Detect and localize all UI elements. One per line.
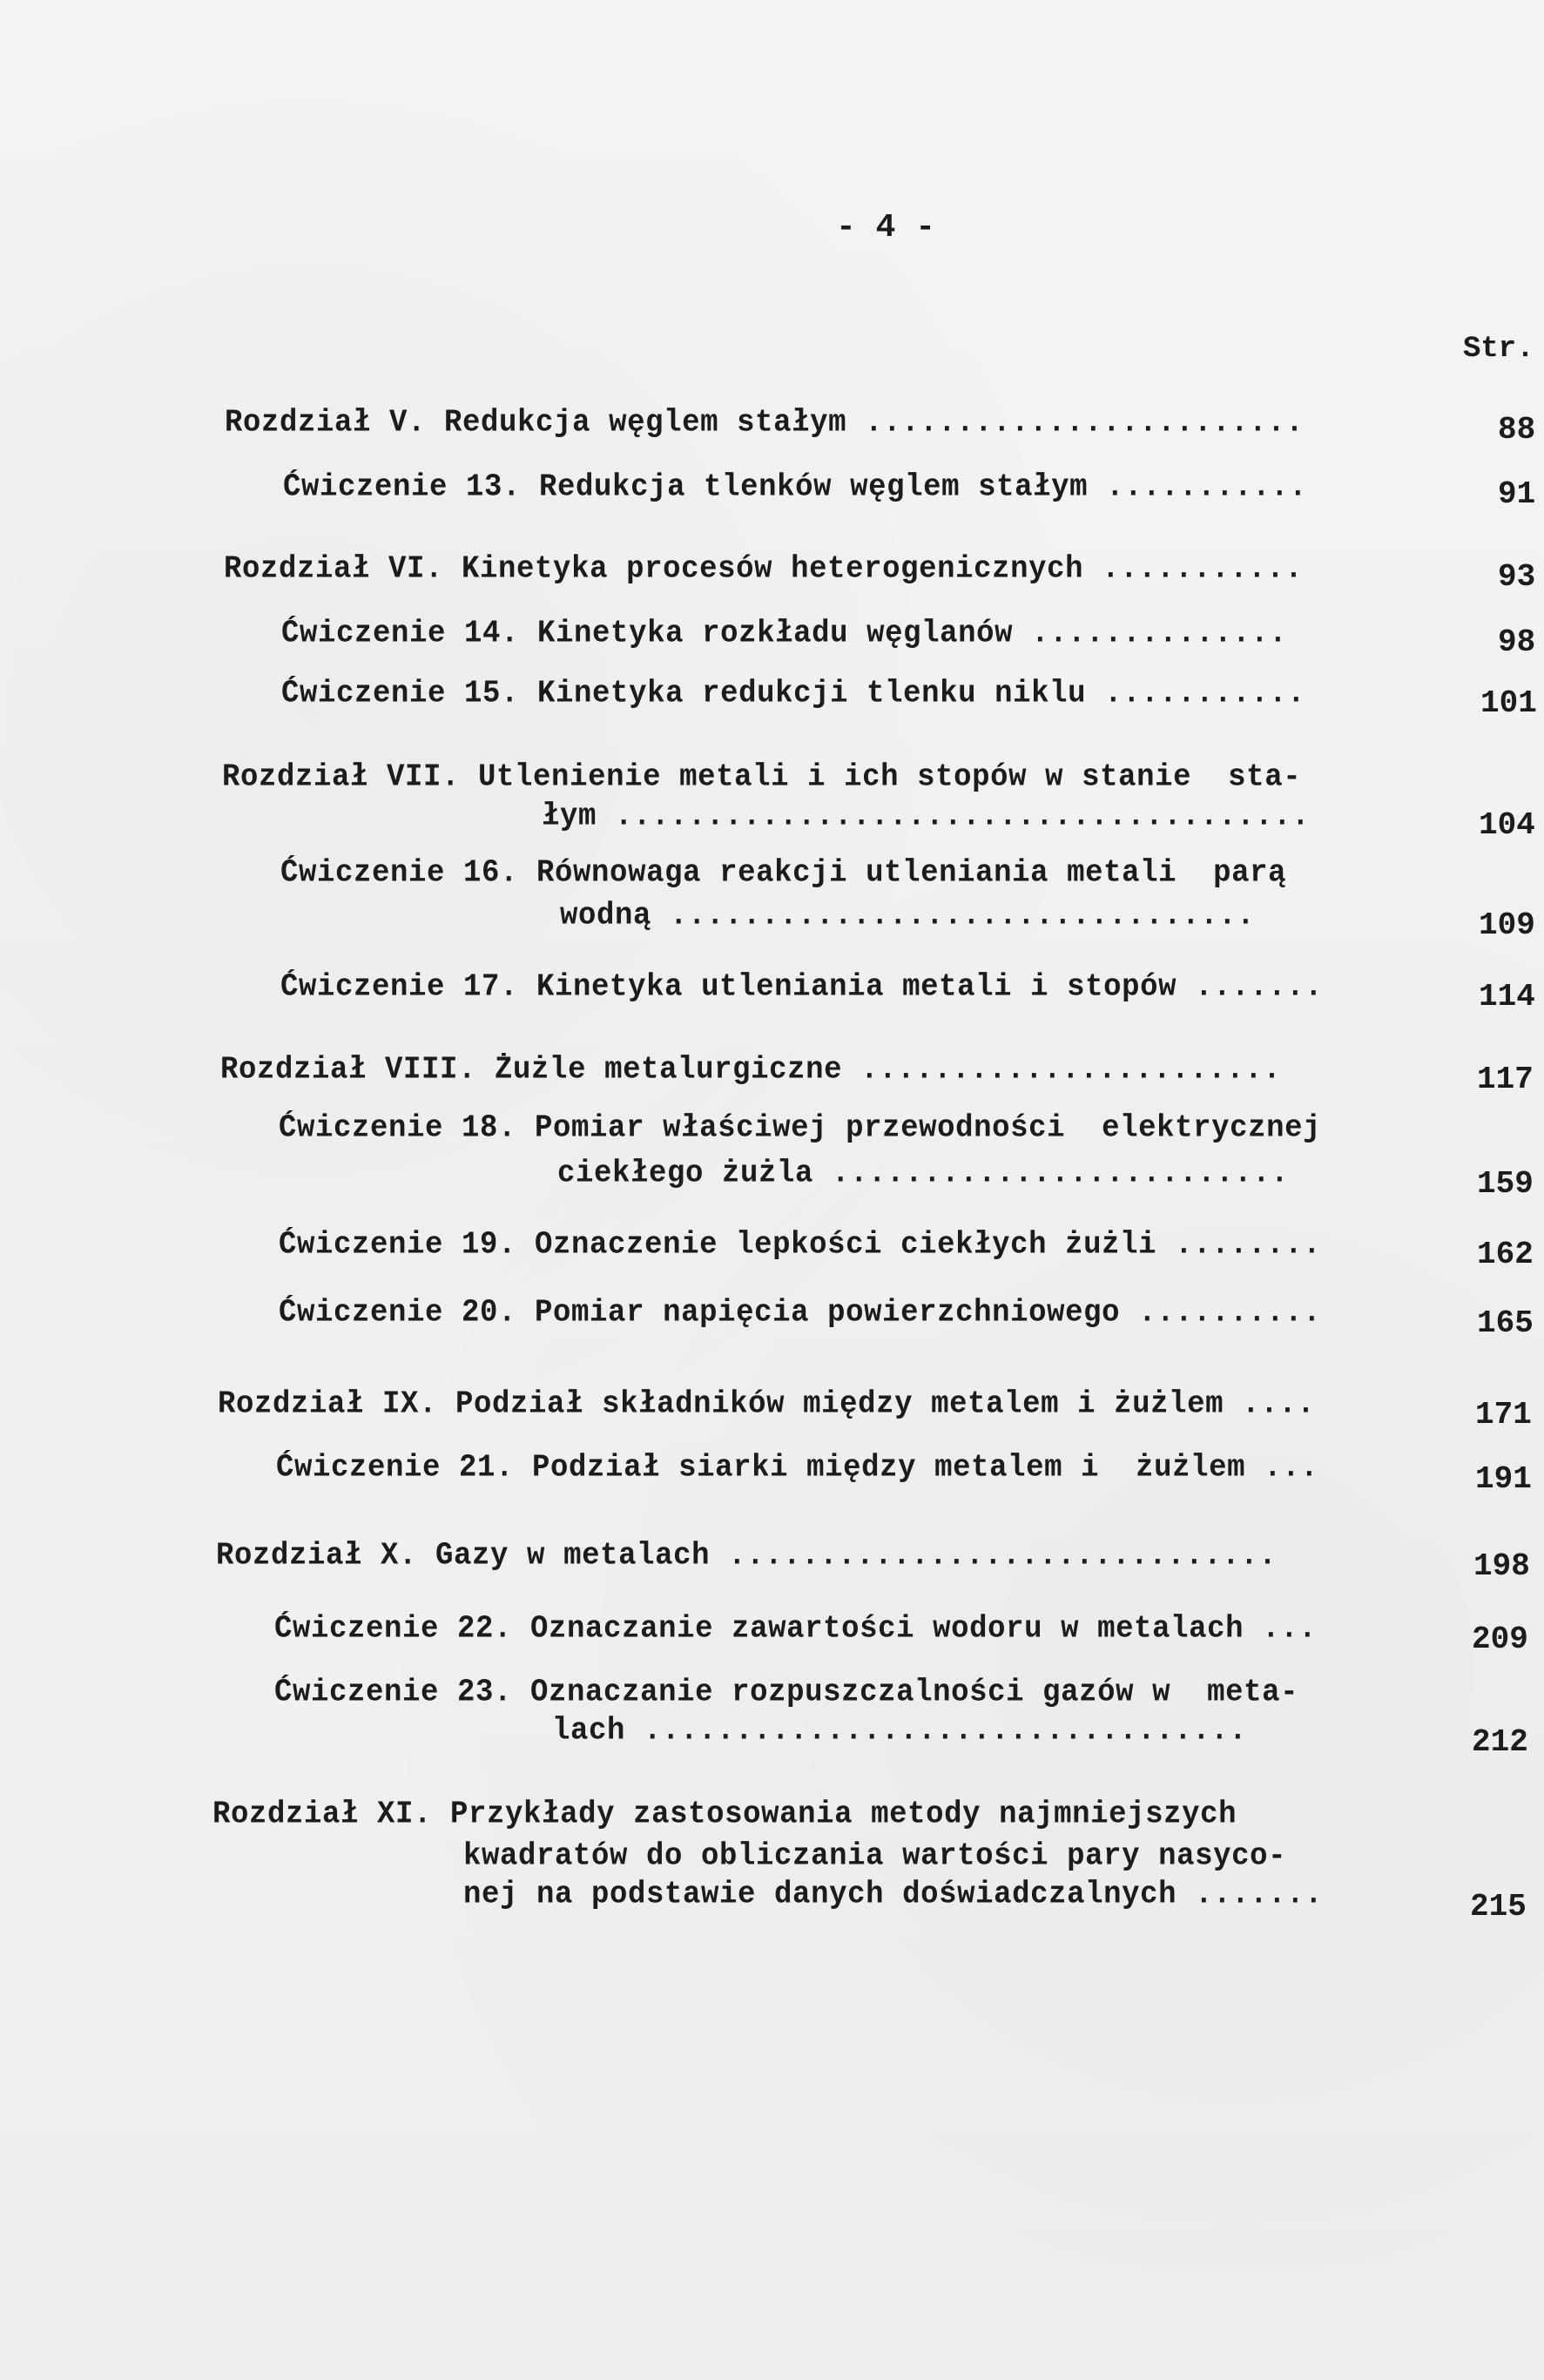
toc-page-number: 215 (1470, 1891, 1527, 1923)
toc-chapter-7: Rozdział VII. Utlenienie metali i ich st… (222, 762, 1301, 793)
toc-chapter-11-continuation-2: nej na podstawie danych doświadczalnych … (463, 1879, 1323, 1911)
toc-exercise-21: Ćwiczenie 21. Podział siarki między meta… (276, 1453, 1318, 1484)
toc-chapter-8: Rozdział VIII. Żużle metalurgiczne .....… (220, 1055, 1281, 1086)
toc-exercise-23-continuation: lach ................................. (552, 1716, 1247, 1747)
toc-chapter-11: Rozdział XI. Przykłady zastosowania meto… (212, 1799, 1237, 1831)
toc-page-number: 114 (1479, 981, 1535, 1013)
toc-page-number: 88 (1498, 415, 1535, 446)
toc-exercise-23: Ćwiczenie 23. Oznaczanie rozpuszczalnośc… (274, 1677, 1298, 1709)
toc-page-number: 109 (1479, 910, 1535, 941)
toc-chapter-5: Rozdział V. Redukcja węglem stałym .....… (225, 408, 1304, 439)
toc-page-number: 171 (1475, 1399, 1532, 1431)
page-column-header: Str. (1463, 333, 1534, 366)
toc-chapter-10: Rozdział X. Gazy w metalach ............… (216, 1541, 1277, 1572)
toc-exercise-16-continuation: wodną ................................ (560, 900, 1255, 932)
toc-exercise-20: Ćwiczenie 20. Pomiar napięcia powierzchn… (279, 1298, 1321, 1329)
toc-page-number: 98 (1498, 627, 1535, 658)
toc-chapter-6: Rozdział VI. Kinetyka procesów heterogen… (224, 554, 1303, 585)
toc-page-number: 165 (1477, 1308, 1534, 1339)
toc-page-number: 91 (1498, 479, 1535, 510)
toc-page-number: 212 (1472, 1727, 1528, 1758)
toc-exercise-16: Ćwiczenie 16. Równowaga reakcji utlenian… (280, 858, 1286, 889)
toc-page-number: 101 (1480, 688, 1537, 719)
toc-page-number: 159 (1477, 1169, 1534, 1200)
toc-page-number: 209 (1472, 1624, 1528, 1655)
toc-exercise-19: Ćwiczenie 19. Oznaczenie lepkości ciekły… (279, 1230, 1321, 1261)
toc-exercise-15: Ćwiczenie 15. Kinetyka redukcji tlenku n… (281, 678, 1305, 710)
toc-chapter-9: Rozdział IX. Podział składników między m… (218, 1389, 1315, 1420)
toc-page-number: 93 (1498, 562, 1535, 593)
toc-exercise-13: Ćwiczenie 13. Redukcja tlenków węglem st… (283, 472, 1307, 503)
toc-page-number: 198 (1473, 1551, 1530, 1582)
toc-exercise-17: Ćwiczenie 17. Kinetyka utleniania metali… (280, 972, 1323, 1003)
page-number-header: - 4 - (836, 209, 935, 246)
toc-exercise-18-continuation: ciekłego żużla ......................... (557, 1158, 1289, 1190)
toc-exercise-14: Ćwiczenie 14. Kinetyka rozkładu węglanów… (281, 618, 1287, 650)
toc-exercise-18: Ćwiczenie 18. Pomiar właściwej przewodno… (279, 1113, 1321, 1144)
toc-page-number: 117 (1477, 1064, 1534, 1096)
toc-page-number: 191 (1475, 1464, 1532, 1495)
toc-exercise-22: Ćwiczenie 22. Oznaczanie zawartości wodo… (274, 1614, 1317, 1645)
toc-chapter-11-continuation-1: kwadratów do obliczania wartości pary na… (463, 1841, 1286, 1872)
toc-chapter-7-continuation: łym ....................................… (542, 801, 1310, 833)
toc-page-number: 104 (1479, 810, 1535, 841)
toc-page-number: 162 (1477, 1239, 1534, 1271)
